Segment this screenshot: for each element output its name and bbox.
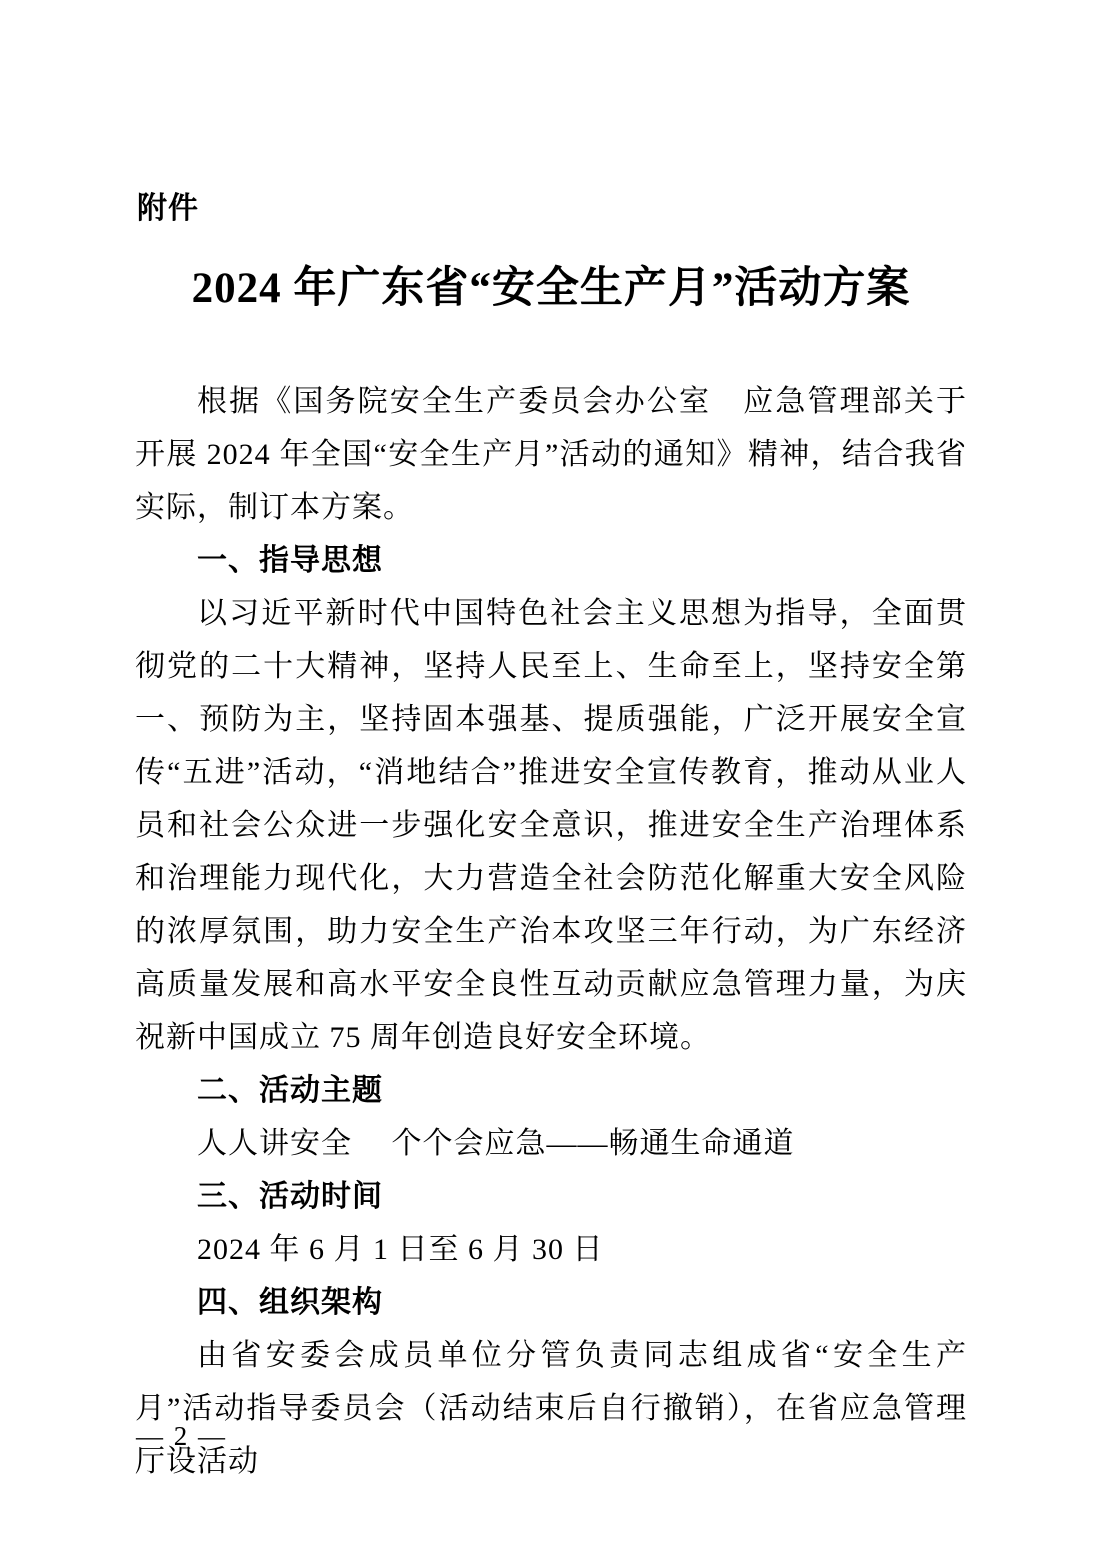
section-2-heading: 二、活动主题 [135, 1064, 967, 1117]
intro-paragraph: 根据《国务院安全生产委员会办公室 应急管理部关于开展 2024 年全国“安全生产… [135, 375, 967, 534]
section-2-body: 人人讲安全 个个会应急——畅通生命通道 [135, 1117, 967, 1170]
page-number: — 2 — [136, 1420, 227, 1452]
document-title: 2024 年广东省“安全生产月”活动方案 [0, 261, 1102, 317]
section-3-heading: 三、活动时间 [135, 1170, 967, 1223]
section-3-body: 2024 年 6 月 1 日至 6 月 30 日 [135, 1223, 967, 1276]
document-body: 根据《国务院安全生产委员会办公室 应急管理部关于开展 2024 年全国“安全生产… [135, 375, 967, 1488]
section-4-heading: 四、组织架构 [135, 1276, 967, 1329]
section-4-body: 由省安委会成员单位分管负责同志组成省“安全生产月”活动指导委员会（活动结束后自行… [135, 1329, 967, 1488]
attachment-label: 附件 [137, 190, 199, 228]
section-1-body: 以习近平新时代中国特色社会主义思想为指导，全面贯彻党的二十大精神，坚持人民至上、… [135, 587, 967, 1064]
document-page: 附件 2024 年广东省“安全生产月”活动方案 根据《国务院安全生产委员会办公室… [0, 0, 1102, 1559]
section-1-heading: 一、指导思想 [135, 534, 967, 587]
